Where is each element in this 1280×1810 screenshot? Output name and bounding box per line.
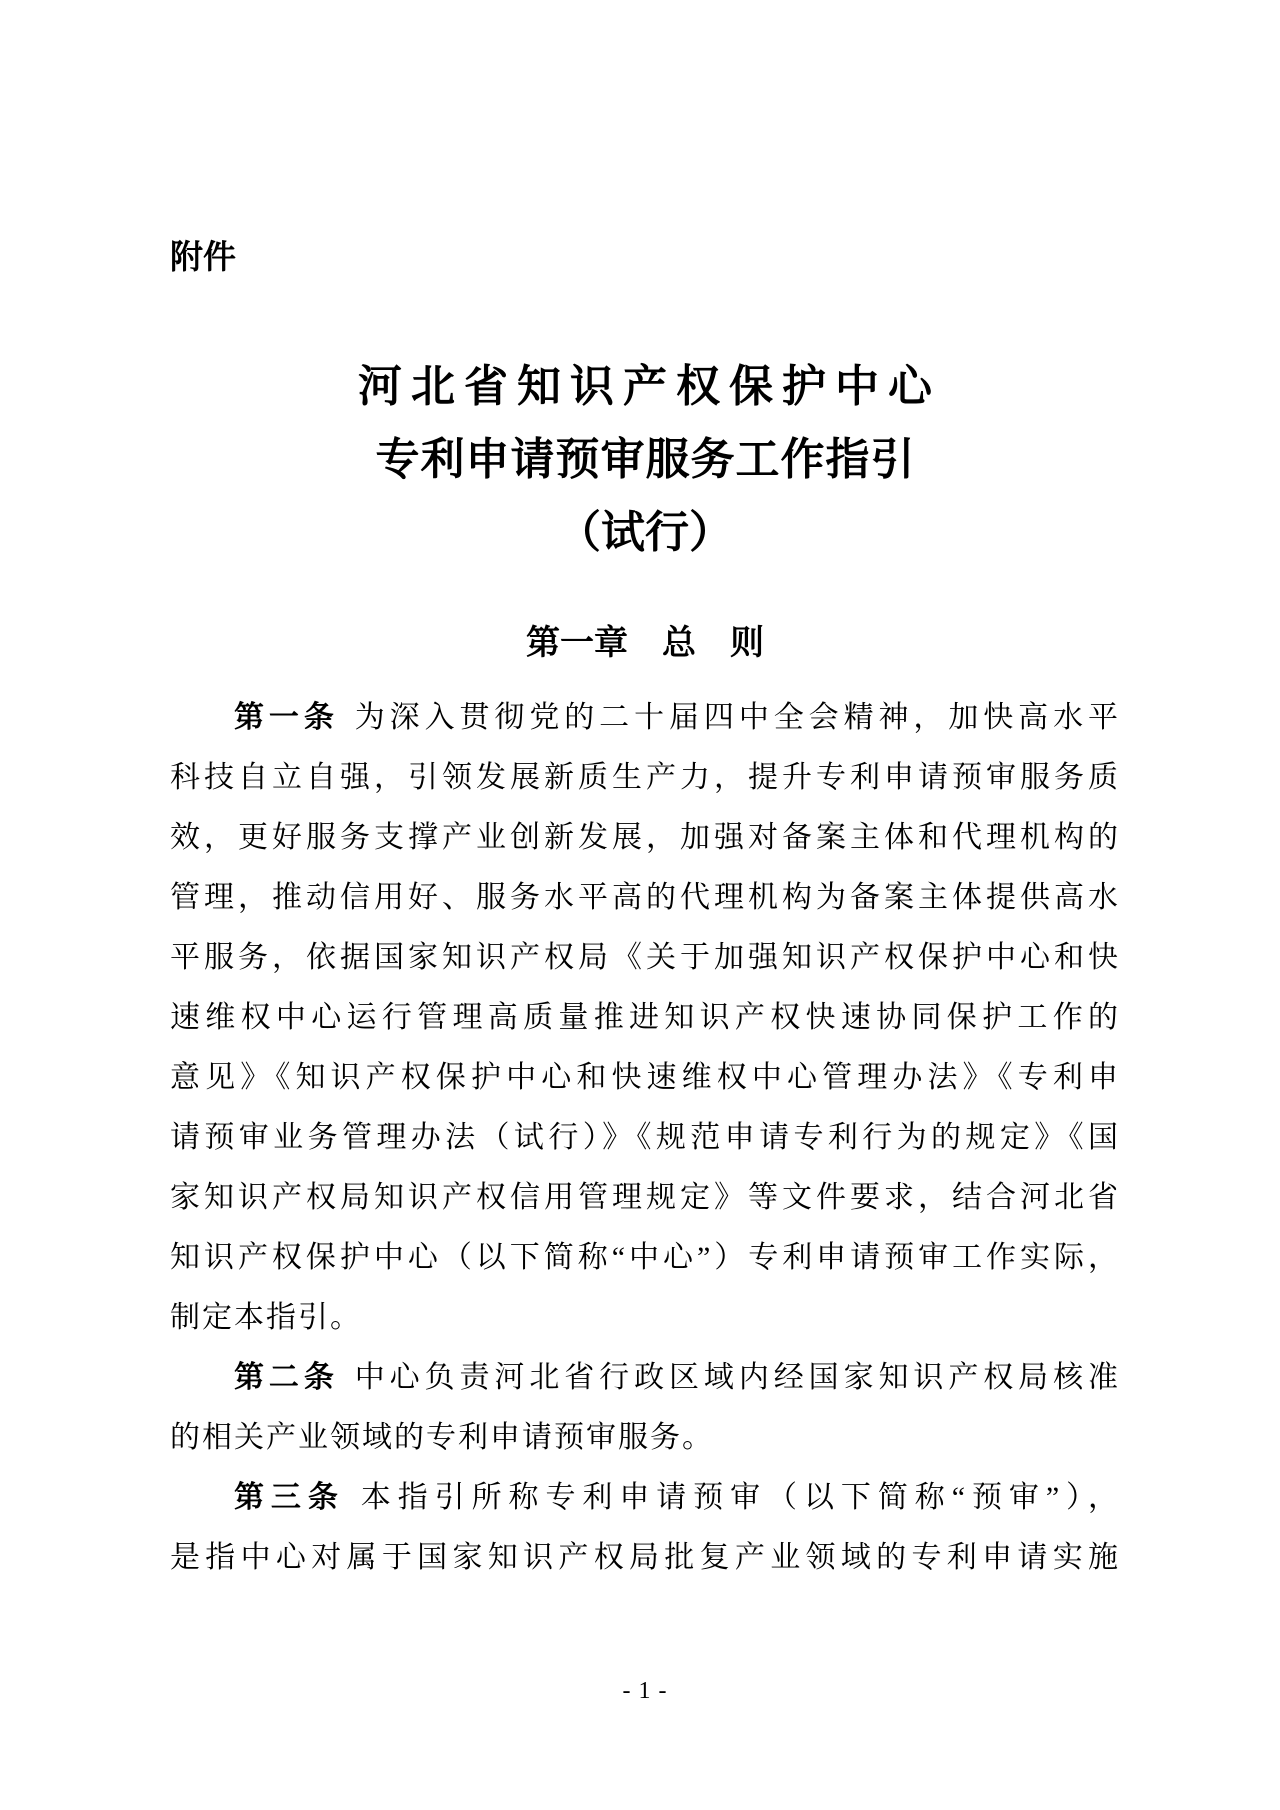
document-page: 附件 河北省知识产权保护中心 专利申请预审服务工作指引 （试行） 第一章 总 则… <box>0 0 1280 1810</box>
body-line: 家知识产权局知识产权信用管理规定》等文件要求，结合河北省 <box>170 1168 1120 1228</box>
body-line: 制定本指引。 <box>170 1288 1120 1348</box>
article-label: 第二条 <box>234 1361 339 1394</box>
line-text: 平服务，依据国家知识产权局《关于加强知识产权保护中心和快 <box>170 941 1120 974</box>
body-line: 意见》《知识产权保护中心和快速维权中心管理办法》《专利申 <box>170 1048 1120 1108</box>
body-line: 效，更好服务支撑产业创新发展，加强对备案主体和代理机构的 <box>170 808 1120 868</box>
body-line: 的相关产业领域的专利申请预审服务。 <box>170 1408 1120 1468</box>
line-text: 是指中心对属于国家知识产权局批复产业领域的专利申请实施 <box>170 1541 1120 1574</box>
line-text: 速维权中心运行管理高质量推进知识产权快速协同保护工作的 <box>170 1001 1120 1034</box>
body-line: 科技自立自强，引领发展新质生产力，提升专利申请预审服务质 <box>170 748 1120 808</box>
chapter-heading: 第一章 总 则 <box>170 620 1120 666</box>
body-text: 第一条为深入贯彻党的二十届四中全会精神，加快高水平科技自立自强，引领发展新质生产… <box>170 688 1120 1588</box>
body-line: 第三条本指引所称专利申请预审（以下简称“预审”）， <box>170 1468 1120 1528</box>
body-line: 速维权中心运行管理高质量推进知识产权快速协同保护工作的 <box>170 988 1120 1048</box>
line-text: 本指引所称专利申请预审（以下简称“预审”）， <box>361 1481 1120 1514</box>
attachment-label: 附件 <box>170 236 236 278</box>
line-text: 请预审业务管理办法（试行）》《规范申请专利行为的规定》《国 <box>170 1121 1120 1154</box>
line-text: 管理，推动信用好、服务水平高的代理机构为备案主体提供高水 <box>170 881 1120 914</box>
line-text: 家知识产权局知识产权信用管理规定》等文件要求，结合河北省 <box>170 1181 1120 1214</box>
document-title: 河北省知识产权保护中心 专利申请预审服务工作指引 （试行） <box>170 350 1120 569</box>
title-line-1: 河北省知识产权保护中心 <box>170 350 1120 423</box>
article-label: 第三条 <box>234 1481 345 1514</box>
body-line: 第一条为深入贯彻党的二十届四中全会精神，加快高水平 <box>170 688 1120 748</box>
line-text: 制定本指引。 <box>170 1301 362 1334</box>
line-text: 为深入贯彻党的二十届四中全会精神，加快高水平 <box>355 701 1120 734</box>
body-line: 知识产权保护中心（以下简称“中心”）专利申请预审工作实际， <box>170 1228 1120 1288</box>
line-text: 科技自立自强，引领发展新质生产力，提升专利申请预审服务质 <box>170 761 1120 794</box>
line-text: 效，更好服务支撑产业创新发展，加强对备案主体和代理机构的 <box>170 821 1120 854</box>
body-line: 第二条中心负责河北省行政区域内经国家知识产权局核准 <box>170 1348 1120 1408</box>
title-line-2: 专利申请预审服务工作指引 <box>170 423 1120 496</box>
body-line: 请预审业务管理办法（试行）》《规范申请专利行为的规定》《国 <box>170 1108 1120 1168</box>
line-text: 的相关产业领域的专利申请预审服务。 <box>170 1421 714 1454</box>
article-label: 第一条 <box>234 701 339 734</box>
line-text: 中心负责河北省行政区域内经国家知识产权局核准 <box>355 1361 1120 1394</box>
title-line-3: （试行） <box>170 496 1120 569</box>
page-number: - 1 - <box>170 1676 1120 1706</box>
body-line: 是指中心对属于国家知识产权局批复产业领域的专利申请实施 <box>170 1528 1120 1588</box>
line-text: 意见》《知识产权保护中心和快速维权中心管理办法》《专利申 <box>170 1061 1120 1094</box>
body-line: 管理，推动信用好、服务水平高的代理机构为备案主体提供高水 <box>170 868 1120 928</box>
body-line: 平服务，依据国家知识产权局《关于加强知识产权保护中心和快 <box>170 928 1120 988</box>
line-text: 知识产权保护中心（以下简称“中心”）专利申请预审工作实际， <box>170 1241 1120 1274</box>
